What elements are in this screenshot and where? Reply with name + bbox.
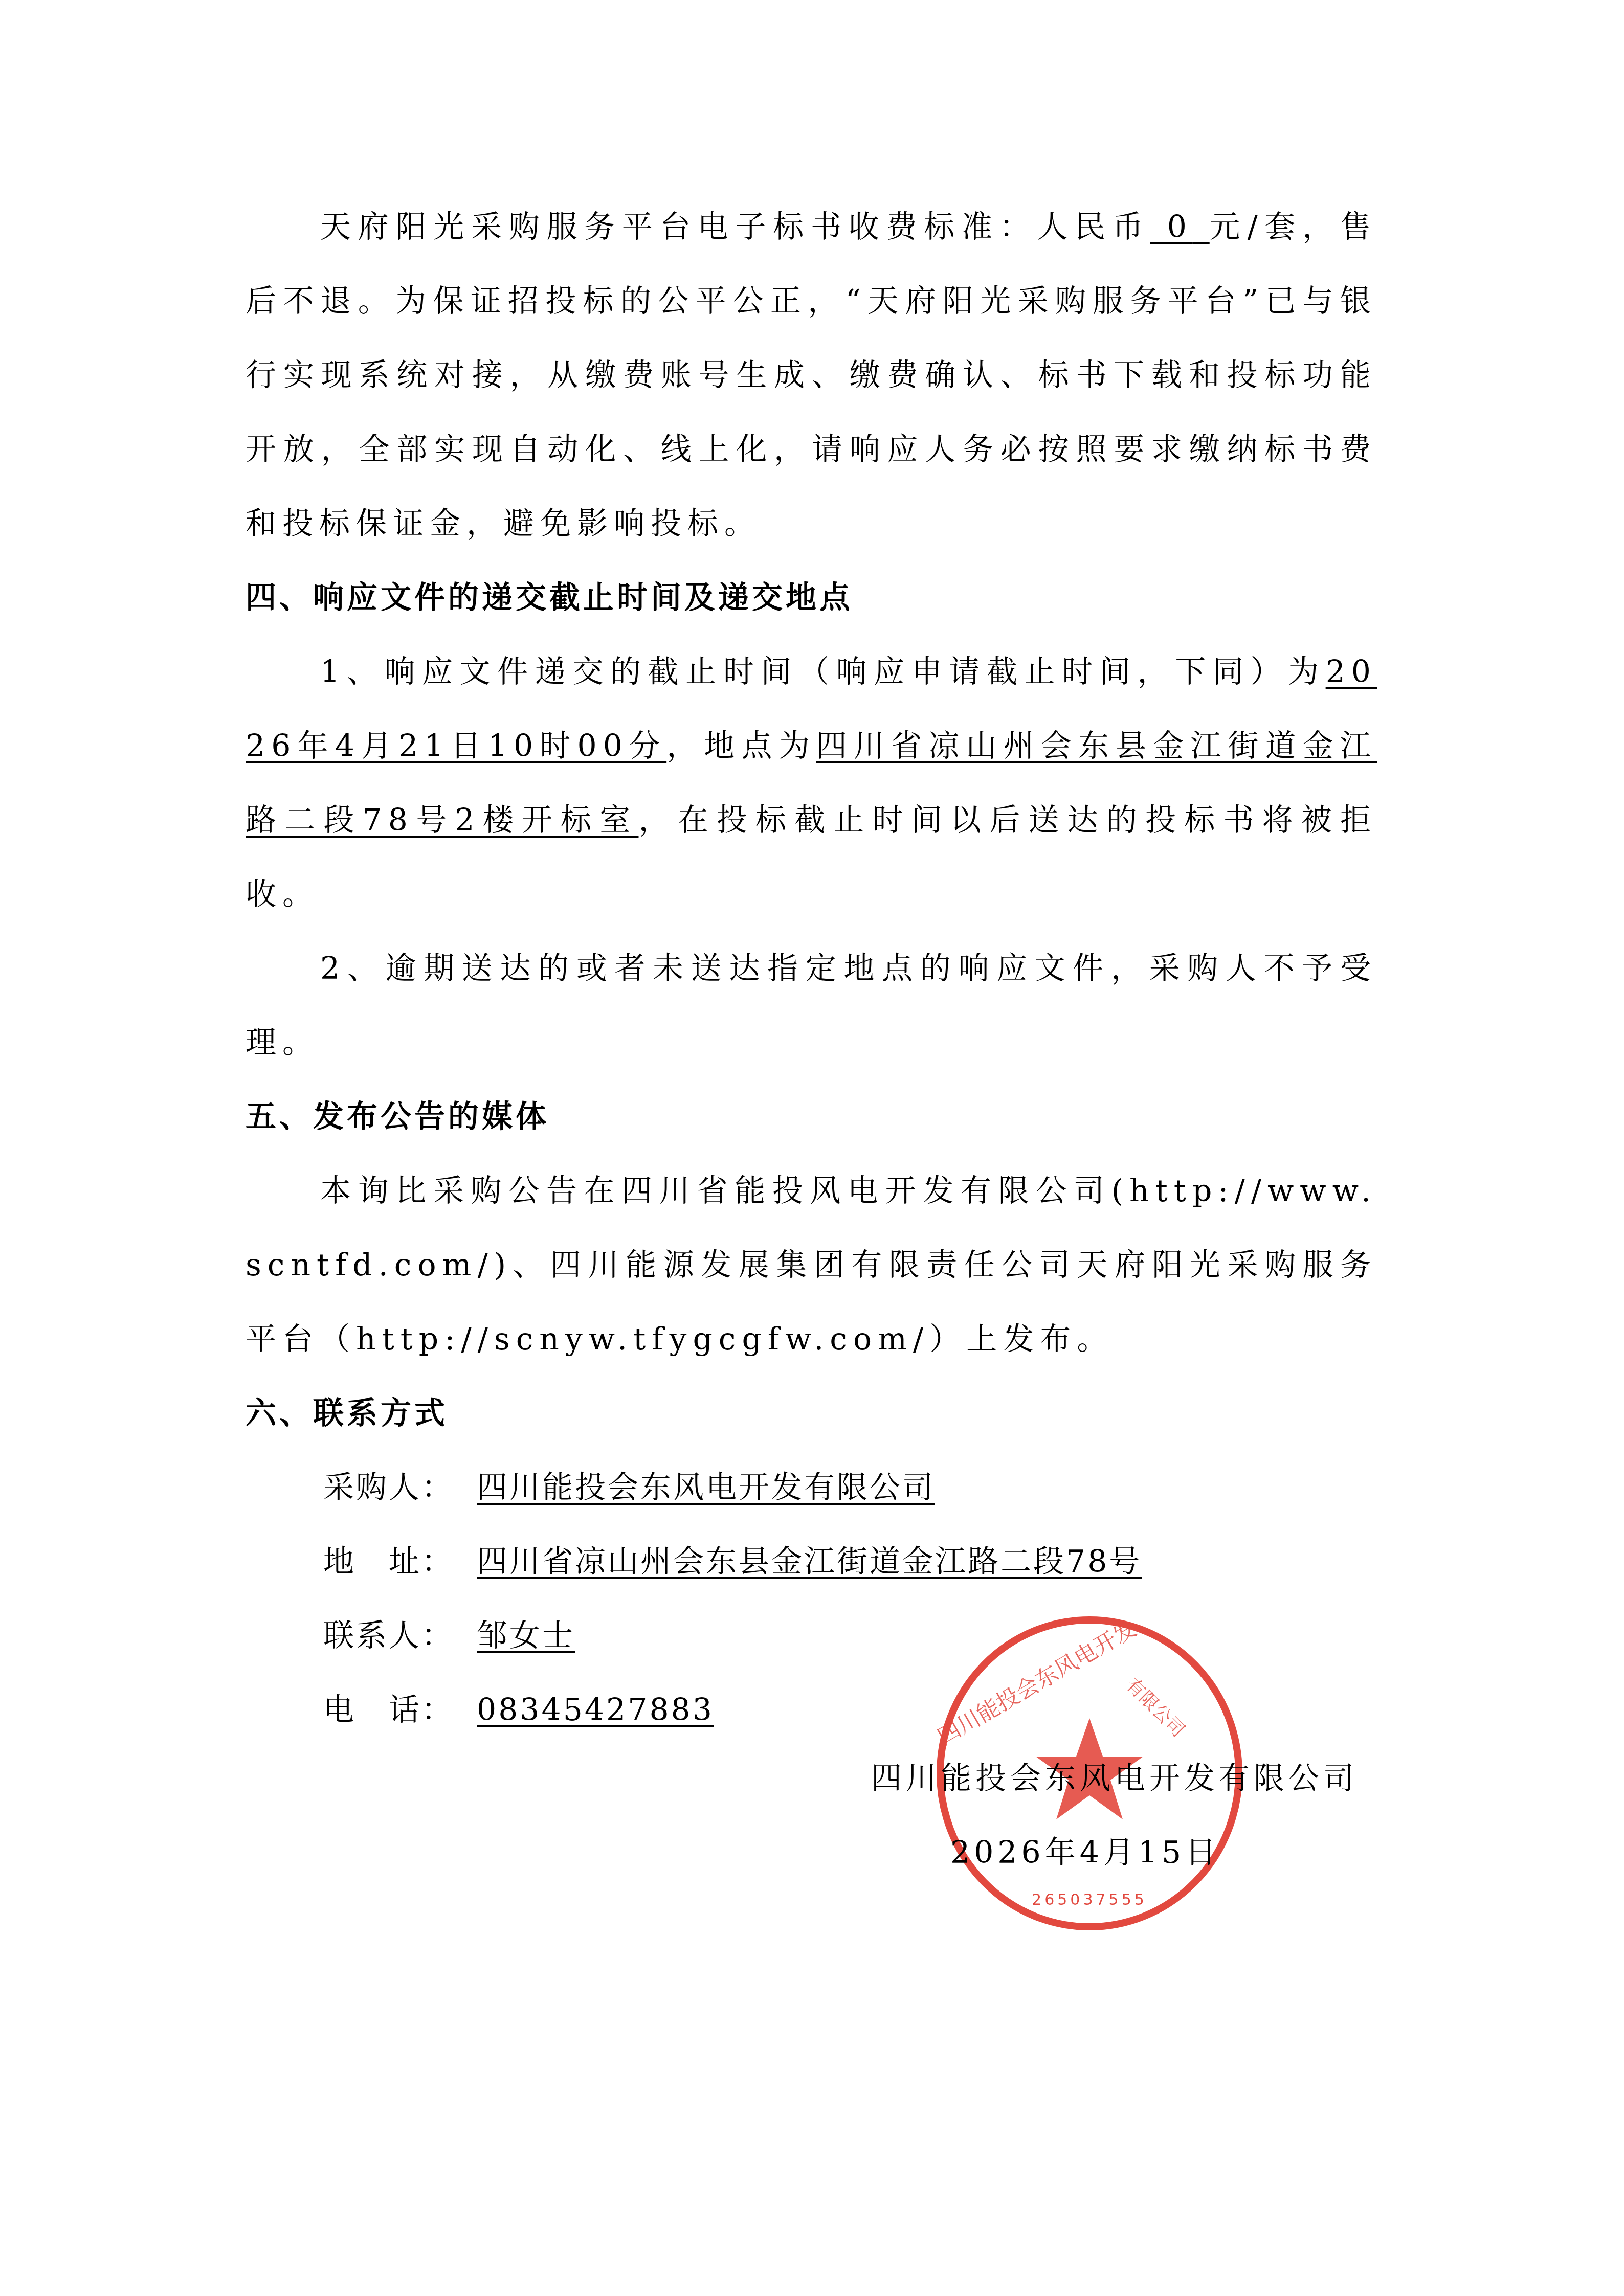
contact-person-value: 邹女士 [477,1618,575,1654]
contact-purchaser: 采购人：四川能投会东风电开发有限公司 [246,1451,1377,1525]
document-page: 天府阳光采购服务平台电子标书收费标准：人民币 0 元/套，售后不退。为保证招投标… [0,0,1624,2296]
section-5-body: 本询比采购公告在四川省能投风电开发有限公司(http://www.scntfd.… [246,1154,1377,1377]
document-body: 天府阳光采购服务平台电子标书收费标准：人民币 0 元/套，售后不退。为保证招投标… [246,190,1377,1747]
section-4-item-2: 2、逾期送达的或者未送达指定地点的响应文件，采购人不予受理。 [246,932,1377,1080]
purchaser-label: 采购人： [323,1451,477,1525]
phone-value: 08345427883 [477,1692,714,1728]
fee-paragraph: 天府阳光采购服务平台电子标书收费标准：人民币 0 元/套，售后不退。为保证招投标… [246,190,1377,561]
seal-code: 265037555 [1032,1891,1147,1909]
svg-text:有限公司: 有限公司 [1122,1674,1189,1741]
contact-person-label: 联系人： [323,1599,477,1673]
section-4-item-1: 1、响应文件递交的截止时间（响应申请截止时间，下同）为2026年4月21日10时… [246,635,1377,932]
address-value: 四川省凉山州会东县金江街道金江路二段78号 [477,1544,1142,1580]
section-6-heading: 六、联系方式 [246,1377,1377,1451]
item1-mid: ，地点为 [666,728,816,764]
fee-amount: 0 [1150,209,1210,245]
section-5-heading: 五、发布公告的媒体 [246,1080,1377,1154]
phone-label: 电 话： [323,1673,477,1747]
svg-text:四川能投会东风电开发: 四川能投会东风电开发 [933,1615,1141,1750]
contact-address: 地 址：四川省凉山州会东县金江街道金江路二段78号 [246,1525,1377,1599]
section-4-heading: 四、响应文件的递交截止时间及递交地点 [246,561,1377,635]
item1-prefix: 1、响应文件递交的截止时间（响应申请截止时间，下同）为 [320,654,1326,690]
address-label: 地 址： [323,1525,477,1599]
signature-company: 四川能投会东风电开发有限公司 [871,1742,1358,1816]
fee-prefix: 天府阳光采购服务平台电子标书收费标准：人民币 [320,209,1150,245]
purchaser-value: 四川能投会东风电开发有限公司 [477,1470,935,1505]
signature-date: 2026年4月15日 [950,1816,1220,1890]
fee-suffix: 元/套，售后不退。为保证招投标的公平公正，“天府阳光采购服务平台”已与银行实现系… [246,209,1377,542]
